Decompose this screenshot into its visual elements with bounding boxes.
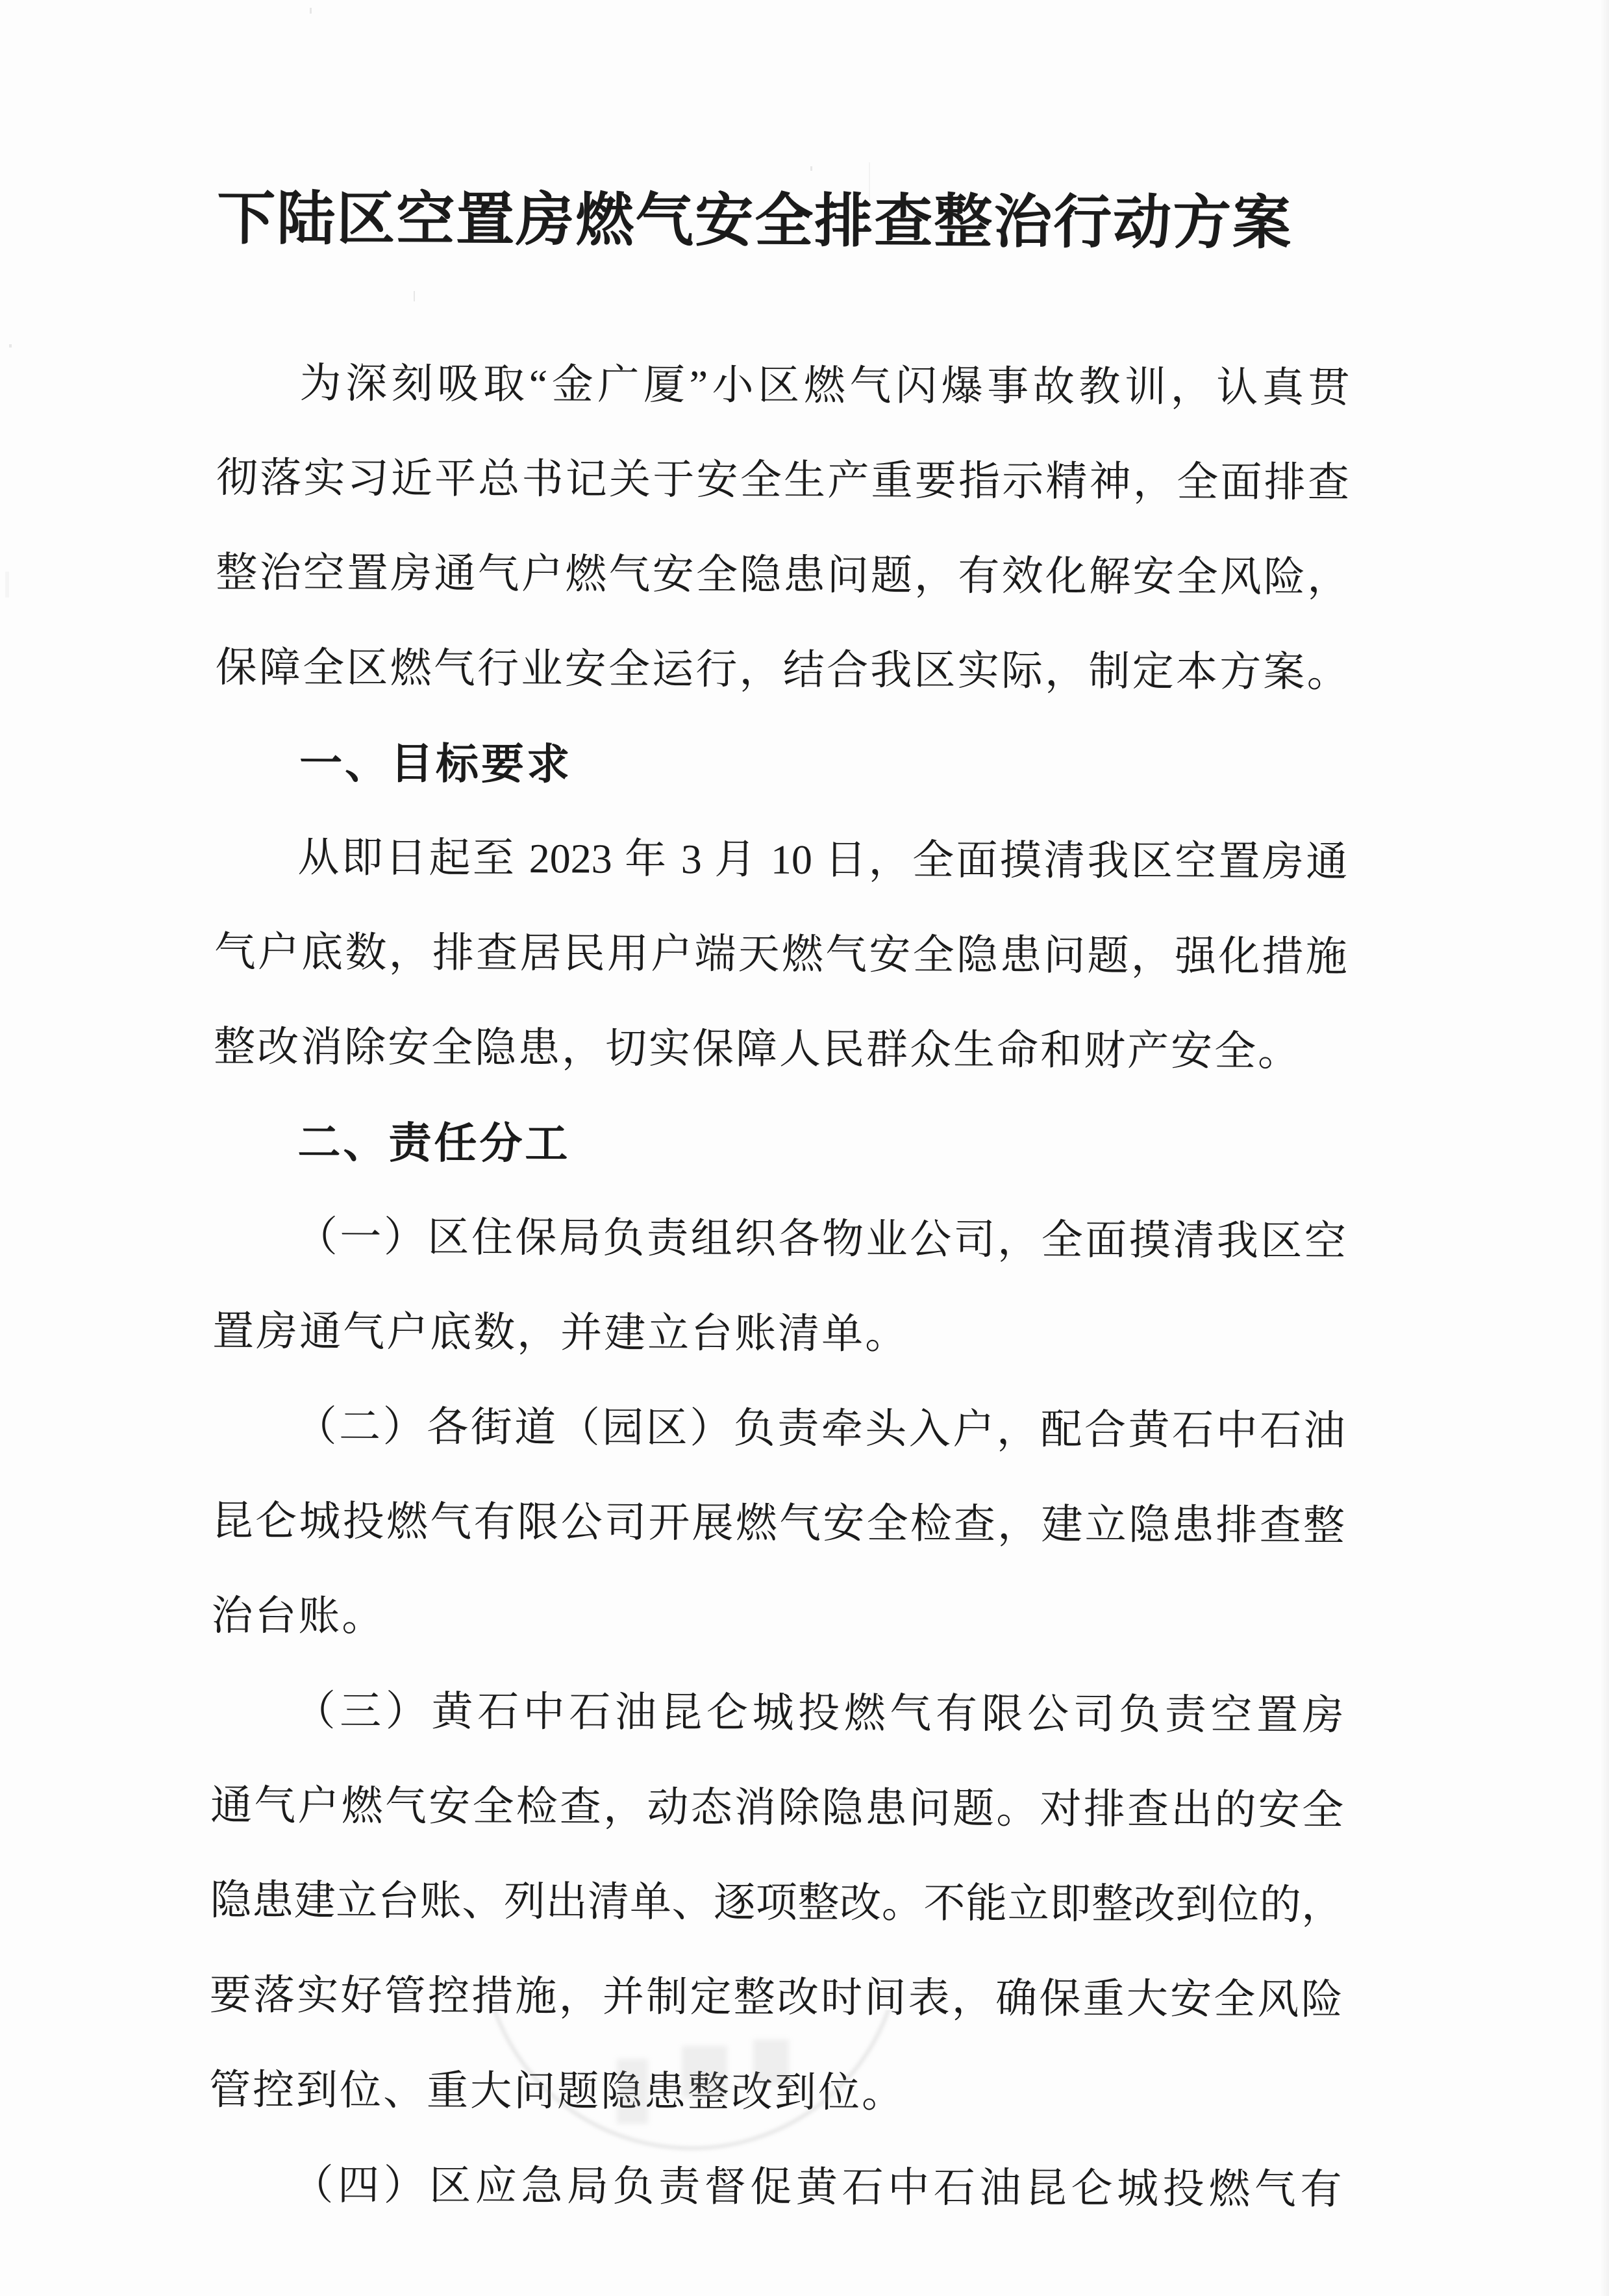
scan-speck	[310, 8, 312, 14]
paragraph-item-3: （三）黄石中石油昆仑城投燃气有限公司负责空置房 通气户燃气安全检查，动态消除隐患…	[209, 1663, 1344, 2143]
text-line: 为深刻吸取“金广厦”小区燃气闪爆事故教训，认真贯	[216, 336, 1350, 436]
paragraph-intro: 为深刻吸取“金广厦”小区燃气闪爆事故教训，认真贯 彻落实习近平总书记关于安全生产…	[215, 336, 1350, 720]
text-line: 整治空置房通气户燃气安全隐患问题，有效化解安全风险，	[216, 525, 1349, 625]
section-heading-goals: 一、目标要求	[215, 715, 1349, 815]
scan-speck	[5, 572, 9, 598]
text-line: （一）区住保局负责组织各物业公司，全面摸清我区空	[213, 1189, 1347, 1289]
text-line: （四）区应急局负责督促黄石中石油昆仑城投燃气有	[208, 2138, 1342, 2238]
document-content: 下陆区空置房燃气安全排查整治行动方案 为深刻吸取“金广厦”小区燃气闪爆事故教训，…	[208, 175, 1351, 2238]
text-line: （二）各街道（园区）负责牵头入户，配合黄石中石油	[212, 1379, 1345, 1479]
text-line: 保障全区燃气行业安全运行，结合我区实际，制定本方案。	[215, 620, 1349, 720]
paragraph-item-2: （二）各街道（园区）负责牵头入户，配合黄石中石油 昆仑城投燃气有限公司开展燃气安…	[211, 1379, 1345, 1669]
text-line: 通气户燃气安全检查，动态消除隐患问题。对排查出的安全	[210, 1758, 1344, 1858]
text-line: 整改消除安全隐患，切实保障人民群众生命和财产安全。	[214, 1000, 1347, 1100]
scan-speck	[9, 344, 12, 347]
text-line: 昆仑城投燃气有限公司开展燃气安全检查，建立隐患排查整	[212, 1474, 1345, 1574]
text-line: 隐患建立台账、列出清单、逐项整改。不能立即整改到位的，	[210, 1853, 1343, 1953]
section-heading-responsibilities: 二、责任分工	[213, 1094, 1347, 1194]
scan-edge-shading	[1600, 0, 1609, 2296]
text-line: 要落实好管控措施，并制定整改时间表，确保重大安全风险	[209, 1948, 1343, 2048]
paragraph-goals: 从即日起至 2023 年 3 月 10 日，全面摸清我区空置房通 气户底数，排查…	[214, 810, 1348, 1100]
text-line: 气户底数，排查居民用户端天燃气安全隐患问题，强化措施	[214, 905, 1347, 1005]
text-line: （三）黄石中石油昆仑城投燃气有限公司负责空置房	[210, 1663, 1344, 1763]
text-line: 管控到位、重大问题隐患整改到位。	[209, 2043, 1343, 2143]
paragraph-item-1: （一）区住保局负责组织各物业公司，全面摸清我区空 置房通气户底数，并建立台账清单…	[212, 1189, 1346, 1384]
paragraph-item-4: （四）区应急局负责督促黄石中石油昆仑城投燃气有	[208, 2138, 1342, 2238]
scan-speck	[810, 166, 812, 171]
text-line: 治台账。	[211, 1569, 1345, 1669]
text-line: 置房通气户底数，并建立台账清单。	[212, 1284, 1346, 1384]
text-line: 从即日起至 2023 年 3 月 10 日，全面摸清我区空置房通	[214, 810, 1348, 910]
scanned-document-page: 下陆区空置房燃气安全排查整治行动方案 为深刻吸取“金广厦”小区燃气闪爆事故教训，…	[0, 0, 1609, 2296]
document-title: 下陆区空置房燃气安全排查整治行动方案	[188, 175, 1321, 268]
text-line: 彻落实习近平总书记关于安全生产重要指示精神，全面排查	[216, 431, 1350, 531]
